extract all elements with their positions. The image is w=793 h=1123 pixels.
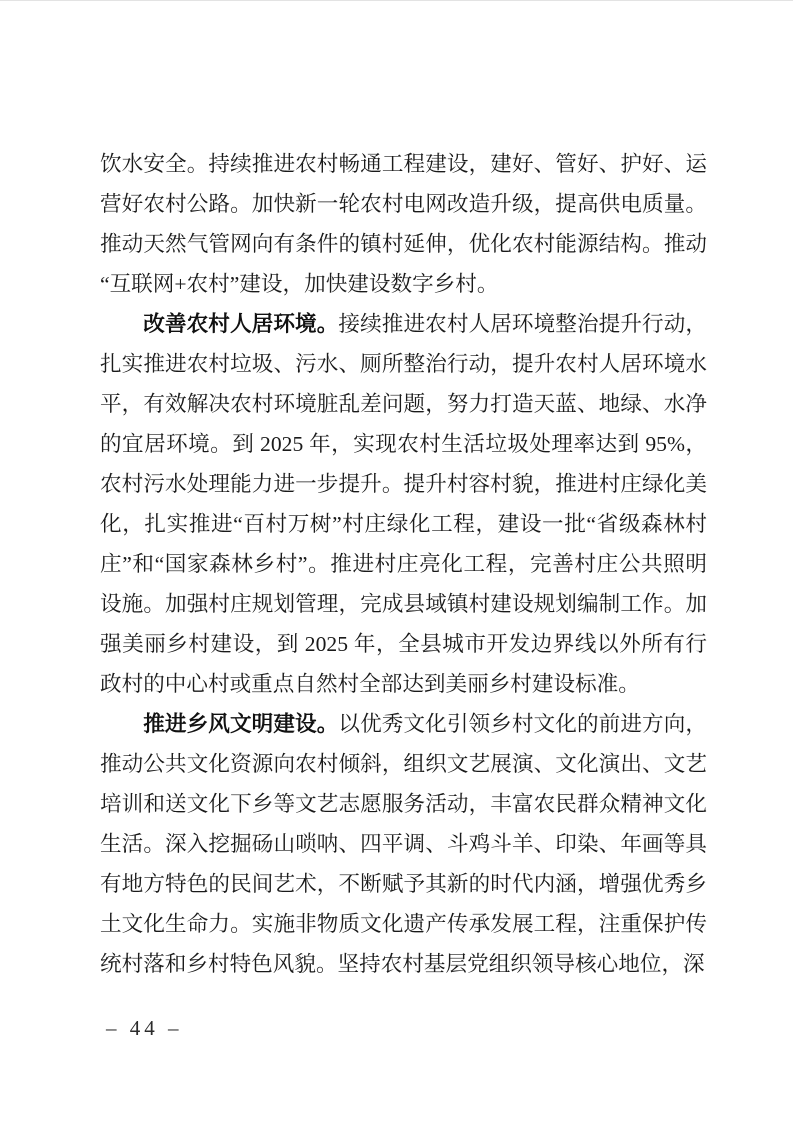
paragraph-text: 饮水安全。持续推进农村畅通工程建设，建好、管好、护好、运营好农村公路。加快新一轮… — [100, 152, 707, 296]
paragraph-text: 接续推进农村人居环境整治提升行动，扎实推进农村垃圾、污水、厕所整治行动，提升农村… — [100, 312, 707, 696]
paragraph-living-environment: 改善农村人居环境。接续推进农村人居环境整治提升行动，扎实推进农村垃圾、污水、厕所… — [100, 304, 707, 704]
paragraph-text: 以优秀文化引领乡村文化的前进方向，推动公共文化资源向农村倾斜，组织文艺展演、文化… — [100, 712, 707, 976]
paragraph-lead-heading: 改善农村人居环境。 — [143, 312, 338, 336]
document-page: 饮水安全。持续推进农村畅通工程建设，建好、管好、护好、运营好农村公路。加快新一轮… — [0, 0, 793, 1123]
page-number: – 44 – — [106, 1014, 183, 1042]
paragraph-infrastructure: 饮水安全。持续推进农村畅通工程建设，建好、管好、护好、运营好农村公路。加快新一轮… — [100, 144, 707, 304]
document-body: 饮水安全。持续推进农村畅通工程建设，建好、管好、护好、运营好农村公路。加快新一轮… — [100, 144, 707, 984]
paragraph-rural-civilization: 推进乡风文明建设。以优秀文化引领乡村文化的前进方向，推动公共文化资源向农村倾斜，… — [100, 704, 707, 984]
paragraph-lead-heading: 推进乡风文明建设。 — [143, 712, 338, 736]
